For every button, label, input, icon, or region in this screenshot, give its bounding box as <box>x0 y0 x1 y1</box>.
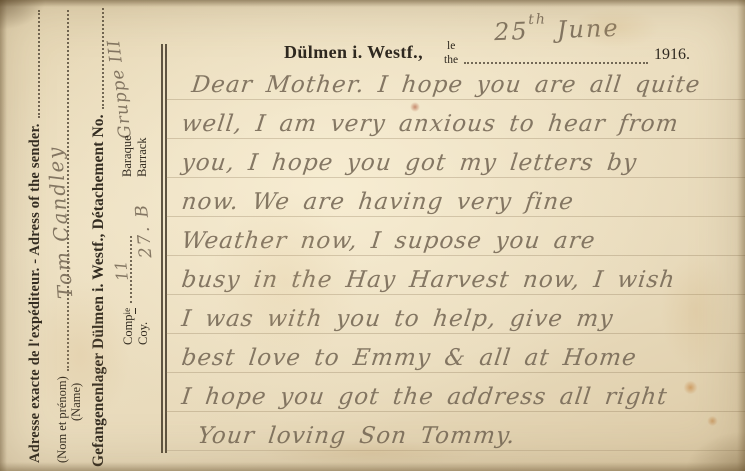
handwritten-barrack-number: 27. B <box>132 202 157 258</box>
sender-sidebar: Adresse exacte de l'expéditeur. - Adress… <box>0 0 172 471</box>
barrack-label-french: Baraque <box>120 87 135 177</box>
camp-line: Gefangenenlager Dülmen i. Westf., Détach… <box>90 5 108 467</box>
letter-line-text: Dear Mother. I hope you are all quite <box>166 72 702 99</box>
card-edge-shadow <box>737 0 745 471</box>
letter-line-text: Your loving Son Tommy. <box>166 423 517 450</box>
letter-line: well, I am very anxious to hear from <box>166 100 745 139</box>
name-labels: (Nom et prénom) (Name) <box>55 376 83 463</box>
card-corner-shadow <box>0 0 46 30</box>
letter-line: you, I hope you got my letters by <box>166 139 745 178</box>
name-label-english: (Name) <box>69 376 83 463</box>
date-day: 25 <box>494 17 530 46</box>
handwritten-company-number: 11 <box>111 260 132 282</box>
postcard: Adresse exacte de l'expéditeur. - Adress… <box>0 0 745 471</box>
date-label-french: le <box>444 39 458 53</box>
letter-line-text: now. We are having very fine <box>166 189 576 216</box>
letter-line-text: Weather now, I supose you are <box>166 228 597 255</box>
card-edge-shadow <box>0 0 7 471</box>
sender-address-line: Adresse exacte de l'expéditeur. - Adress… <box>27 7 44 463</box>
letter-line: now. We are having very fine <box>166 178 745 217</box>
company-abbr: Comp <box>121 314 136 345</box>
letter-body: Dear Mother. I hope you are all quite we… <box>166 61 745 451</box>
date-month: June <box>556 14 620 44</box>
company-label-row: Compie <box>120 233 136 345</box>
date-ordinal: th <box>528 11 547 28</box>
header-place: Dülmen i. Westf., <box>284 42 423 63</box>
letter-line: Weather now, I supose you are <box>166 217 745 256</box>
camp-label: Gefangenenlager Dülmen i. Westf., Détach… <box>90 114 108 467</box>
card-corner-shadow <box>685 431 745 471</box>
letter-line-text: I was with you to help, give my <box>166 306 615 333</box>
card-edge-shadow <box>0 462 745 471</box>
handwritten-date: 25th June <box>494 14 620 46</box>
letter-line: best love to Emmy & all at Home <box>166 334 745 373</box>
dotted-leader <box>102 8 104 109</box>
barrack-field: Baraque Barrack <box>120 87 150 177</box>
name-label-french: (Nom et prénom) <box>55 376 69 463</box>
company-abbr-sup: ie <box>120 308 136 315</box>
card-edge-shadow <box>0 0 745 7</box>
letter-line: Your loving Son Tommy. <box>166 412 745 451</box>
letter-line-text: busy in the Hay Harvest now, I wish <box>166 267 677 294</box>
letter-line: Dear Mother. I hope you are all quite <box>166 61 745 100</box>
sender-address-label: Adresse exacte de l'expéditeur. - Adress… <box>27 123 44 463</box>
letter-line: I hope you got the address all right <box>166 373 745 412</box>
letter-line: busy in the Hay Harvest now, I wish <box>166 256 745 295</box>
letter-line-text: well, I am very anxious to hear from <box>166 111 680 138</box>
barrack-label-english: Barrack <box>135 87 150 177</box>
letter-line: I was with you to help, give my <box>166 295 745 334</box>
letter-line-text: I hope you got the address all right <box>166 384 669 411</box>
letter-line-text: you, I hope you got my letters by <box>166 150 639 177</box>
letter-line-text: best love to Emmy & all at Home <box>166 345 638 372</box>
